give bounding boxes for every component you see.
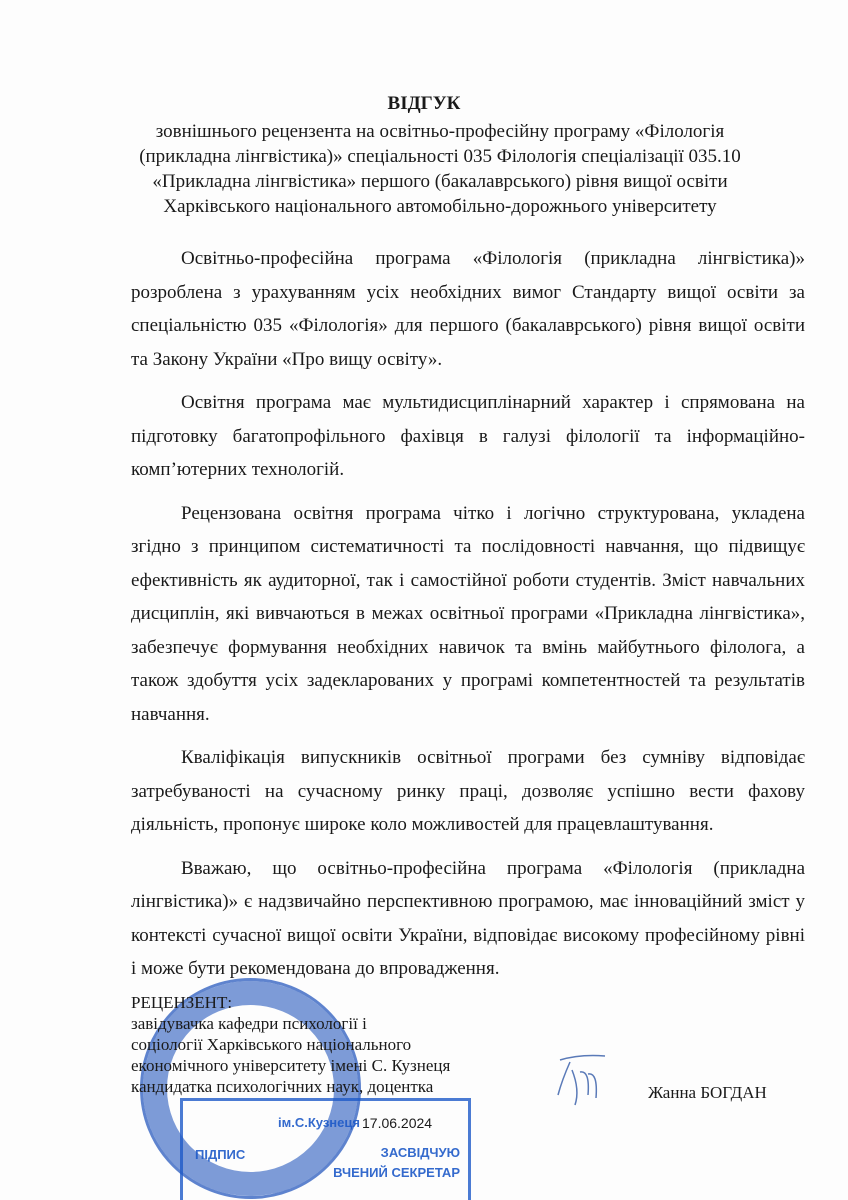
reviewer-block: РЕЦЕНЗЕНТ: завідувачка кафедри психологі… bbox=[131, 992, 450, 1097]
document-subtitle: зовнішнього рецензента на освітньо-профе… bbox=[120, 119, 760, 219]
certification-stamp: ім.С.Кузнеця ПІДПИС ЗАСВІДЧУЮ ВЧЕНИЙ СЕК… bbox=[180, 1098, 471, 1200]
stamp-text: ВЧЕНИЙ СЕКРЕТАР bbox=[333, 1165, 460, 1180]
reviewer-line: соціології Харківського національного bbox=[131, 1034, 450, 1055]
stamp-text: ЗАСВІДЧУЮ bbox=[381, 1145, 460, 1160]
subtitle-line: «Прикладна лінгвістика» першого (бакалав… bbox=[120, 169, 760, 194]
reviewer-heading: РЕЦЕНЗЕНТ: bbox=[131, 992, 450, 1013]
reviewer-name: Жанна БОГДАН bbox=[648, 1083, 767, 1103]
subtitle-line: (прикладна лінгвістика)» спеціальності 0… bbox=[120, 144, 760, 169]
subtitle-line: зовнішнього рецензента на освітньо-профе… bbox=[120, 119, 760, 144]
reviewer-line: кандидатка психологічних наук, доцентка bbox=[131, 1076, 450, 1097]
reviewer-line: завідувачка кафедри психології і bbox=[131, 1013, 450, 1034]
paragraph: Рецензована освітня програма чітко і лог… bbox=[131, 497, 805, 732]
stamp-text: ПІДПИС bbox=[195, 1147, 245, 1162]
paragraph: Вважаю, що освітньо-професійна програма … bbox=[131, 852, 805, 986]
subtitle-line: Харківського національного автомобільно-… bbox=[120, 194, 760, 219]
paragraph: Освітня програма має мультидисциплінарни… bbox=[131, 386, 805, 487]
stamp-text: ім.С.Кузнеця bbox=[278, 1115, 360, 1130]
signature-icon bbox=[550, 1050, 620, 1110]
review-date: 17.06.2024 bbox=[362, 1115, 432, 1131]
reviewer-line: економічного університету імені С. Кузне… bbox=[131, 1055, 450, 1076]
document-body: Освітньо-професійна програма «Філологія … bbox=[131, 242, 805, 996]
paragraph: Освітньо-професійна програма «Філологія … bbox=[131, 242, 805, 376]
paragraph: Кваліфікація випускників освітньої прогр… bbox=[131, 741, 805, 842]
document-title: ВІДГУК bbox=[0, 93, 848, 115]
